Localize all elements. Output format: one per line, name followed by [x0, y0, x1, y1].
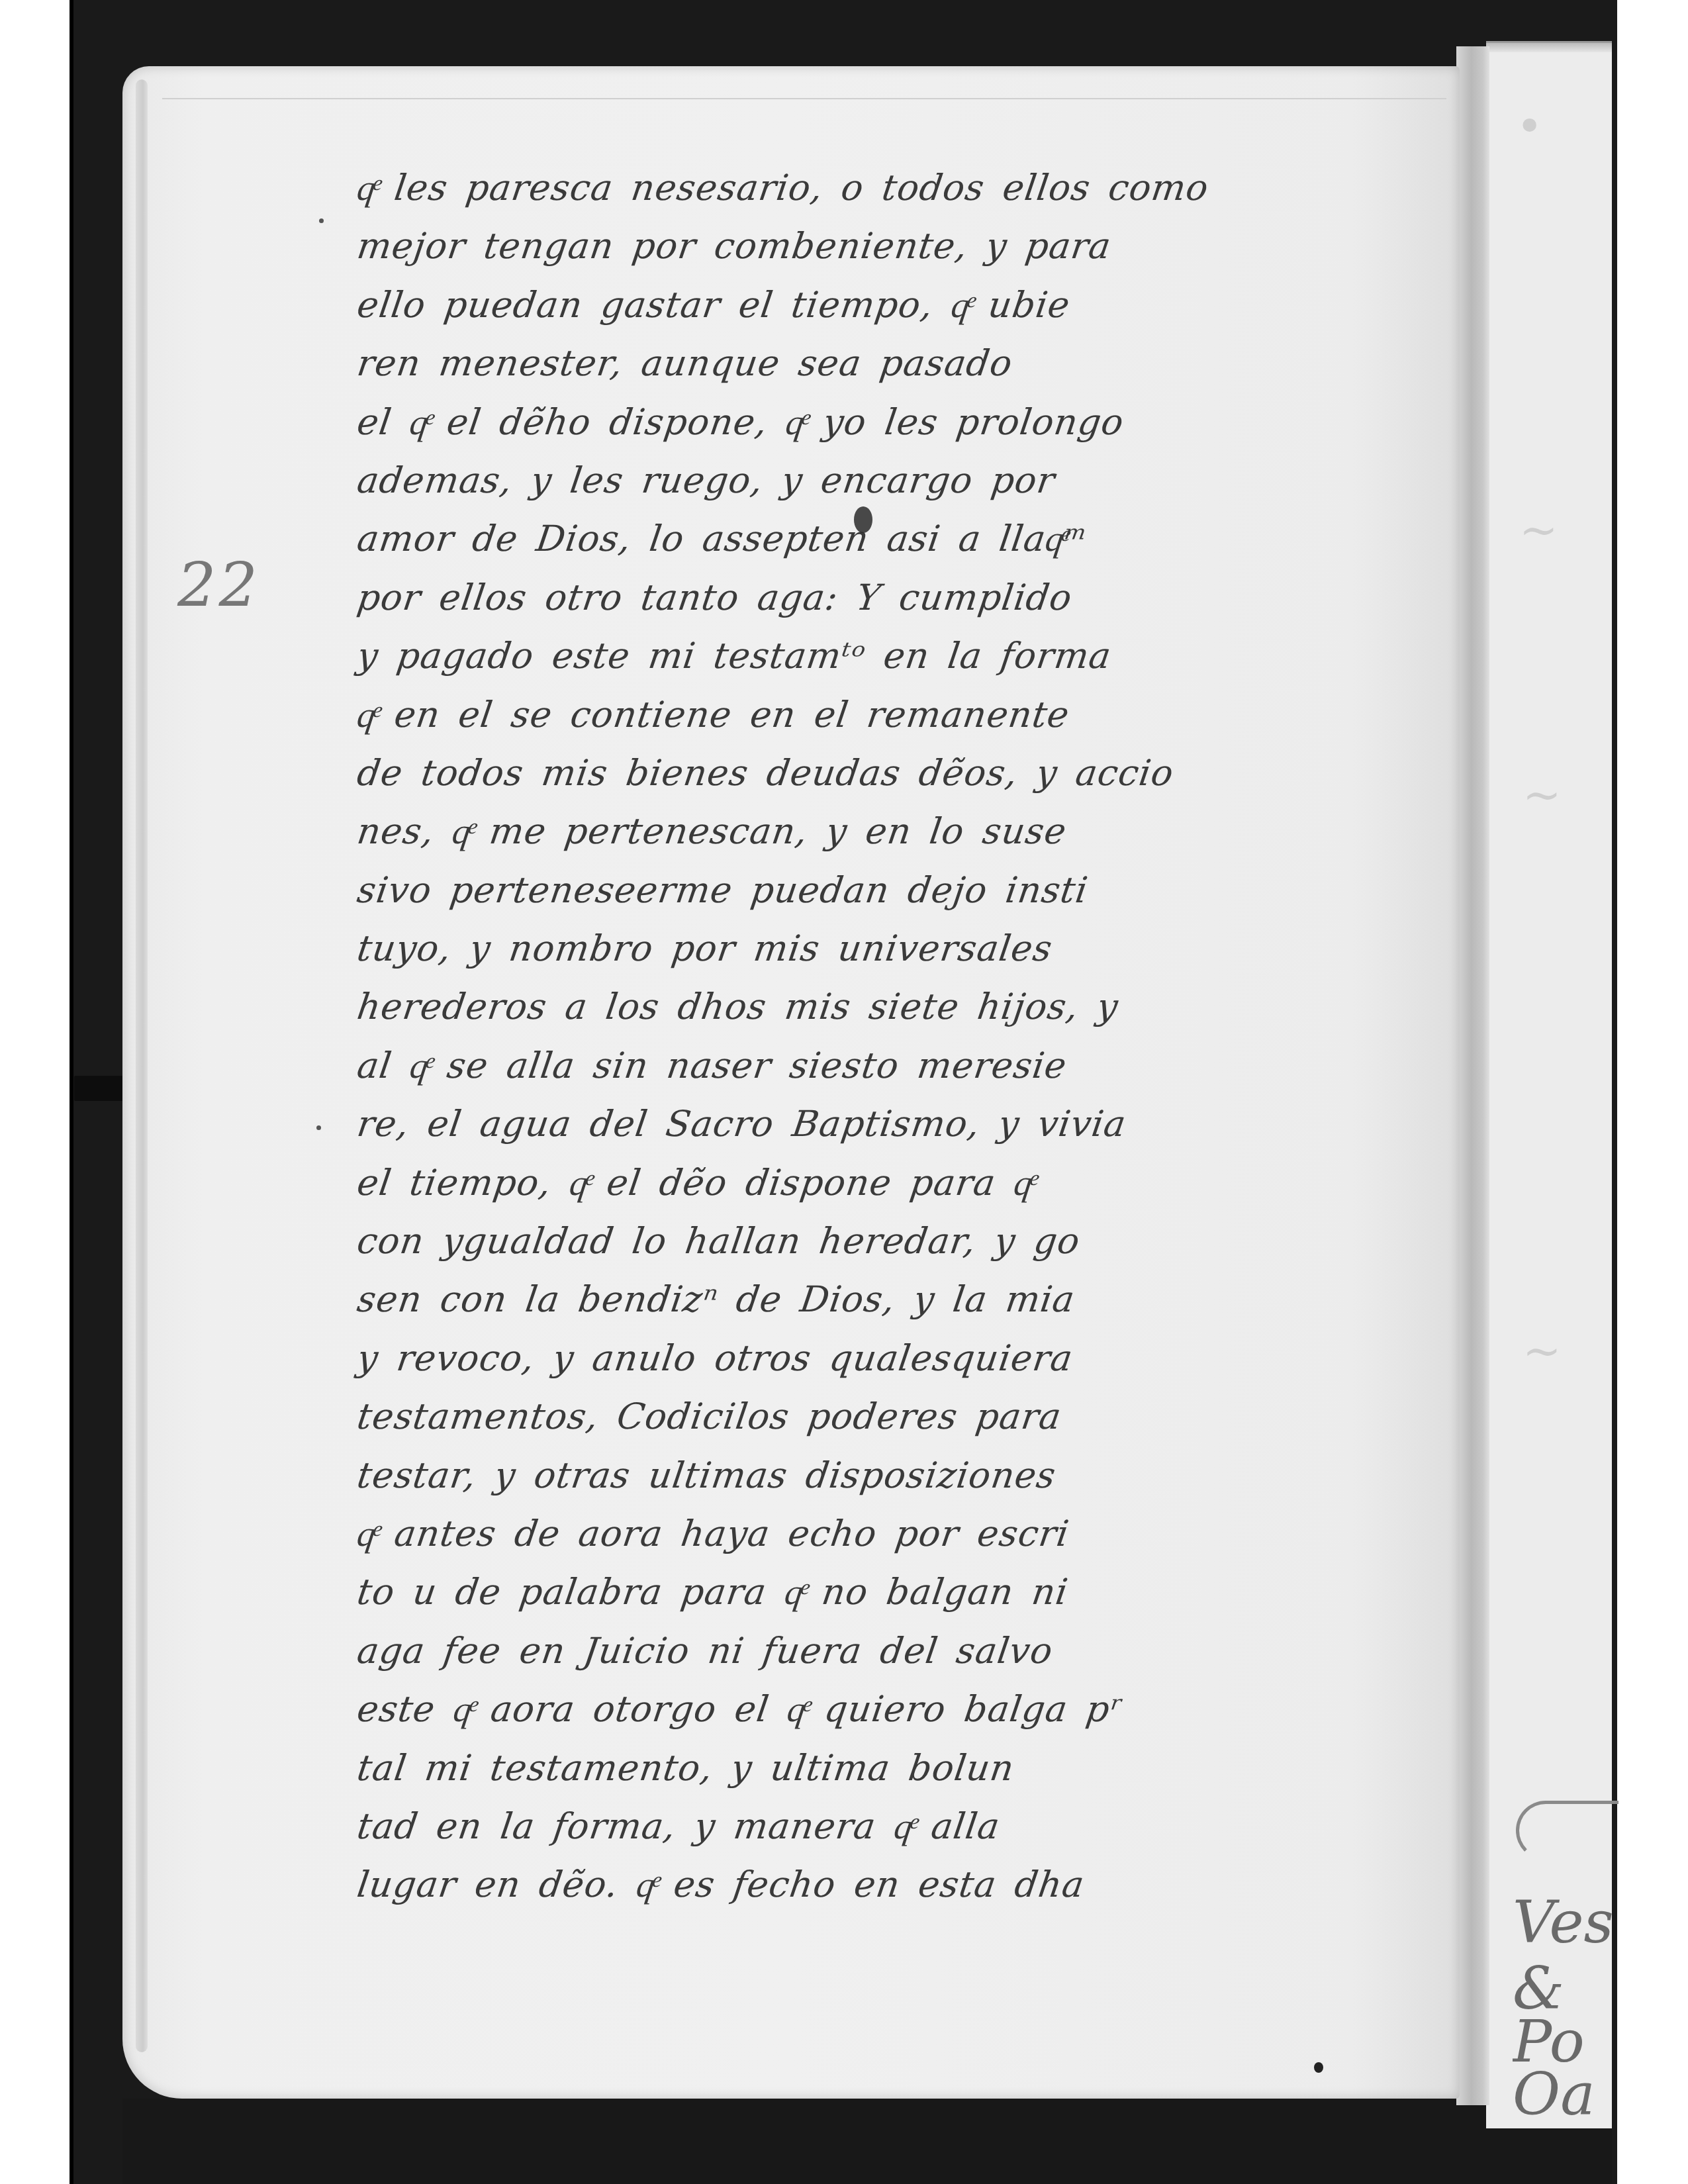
text-line: qͤ en el se contiene en el remanente — [353, 686, 1335, 744]
text-line: testamentos, Codicilos poderes para — [353, 1388, 1335, 1446]
text-line: testar, y otras ultimas disposiziones — [353, 1447, 1335, 1505]
facing-page-fragment: & — [1513, 1960, 1612, 2018]
ink-dot — [1314, 2062, 1323, 2073]
text-line: tuyo, y nombro por mis universales — [353, 920, 1335, 978]
text-line: ademas, y les ruego, y encargo por — [353, 451, 1335, 510]
binding-gutter — [1456, 46, 1489, 2105]
text-line: mejor tengan por combeniente, y para — [353, 217, 1335, 275]
facing-page-fragment: Po — [1513, 2013, 1612, 2071]
text-line: con ygualdad lo hallan heredar, y go — [353, 1212, 1335, 1270]
bleed-through-mark: ~ — [1523, 768, 1562, 822]
ink-blot — [854, 506, 872, 533]
text-line: ello puedan gastar el tiempo, qͤ ubie — [353, 276, 1335, 334]
text-line: nes, qͤ me pertenescan, y en lo suse — [353, 802, 1335, 861]
text-line: y revoco, y anulo otros qualesquiera — [353, 1329, 1335, 1388]
text-line: al qͤ se alla sin naser siesto meresie — [353, 1037, 1335, 1095]
text-line: de todos mis bienes deudas dẽos, y accio — [353, 744, 1335, 802]
manuscript-text: qͤ les paresca nesesario, o todos ellos … — [357, 159, 1331, 1915]
text-line: lugar en dẽo. qͤ es fecho en esta dha — [353, 1856, 1335, 1914]
text-line: tad en la forma, y manera qͤ alla — [353, 1797, 1335, 1856]
text-line: sen con la bendizⁿ de Dios, y la mia — [353, 1270, 1335, 1329]
text-line: el qͤ el dẽho dispone, qͤ yo les prolong… — [353, 393, 1335, 451]
text-line: qͤ antes de aora haya echo por escri — [353, 1505, 1335, 1563]
bleed-through-mark: ~ — [1519, 503, 1558, 557]
text-line: aga fee en Juicio ni fuera del salvo — [353, 1622, 1335, 1680]
facing-page-flourish — [1516, 1801, 1618, 1860]
text-line: y pagado este mi testamᵗᵒ en la forma — [353, 627, 1335, 685]
margin-dot — [319, 218, 324, 223]
text-line: to u de palabra para qͤ no balgan ni — [353, 1563, 1335, 1621]
text-line: tal mi testamento, y ultima bolun — [353, 1739, 1335, 1797]
bleed-through-mark: • — [1516, 99, 1543, 154]
text-line: herederos a los dhos mis siete hijos, y — [353, 978, 1335, 1036]
text-line: ren menester, aunque sea pasado — [353, 334, 1335, 393]
text-line: re, el agua del Sacro Baptismo, y vivia — [353, 1095, 1335, 1153]
text-line: amor de Dios, lo assepten asi a llaqͤᵐ — [353, 510, 1335, 568]
scan-bottom-background — [122, 2099, 1612, 2184]
folio-number: 22 — [177, 549, 260, 620]
bleed-through-mark: ~ — [1523, 1324, 1562, 1378]
text-line: sivo perteneseerme puedan dejo insti — [353, 861, 1335, 920]
text-line: por ellos otro tanto aga: Y cumplido — [353, 569, 1335, 627]
facing-page-fragment: Ves — [1513, 1893, 1612, 1952]
facing-page-fragment: Oa — [1513, 2065, 1612, 2124]
margin-dot — [316, 1125, 321, 1130]
text-line: este qͤ aora otorgo el qͤ quiero balga p… — [353, 1680, 1335, 1738]
text-line: qͤ les paresca nesesario, o todos ellos … — [353, 159, 1335, 217]
text-line: el tiempo, qͤ el dẽo dispone para qͤ — [353, 1154, 1335, 1212]
